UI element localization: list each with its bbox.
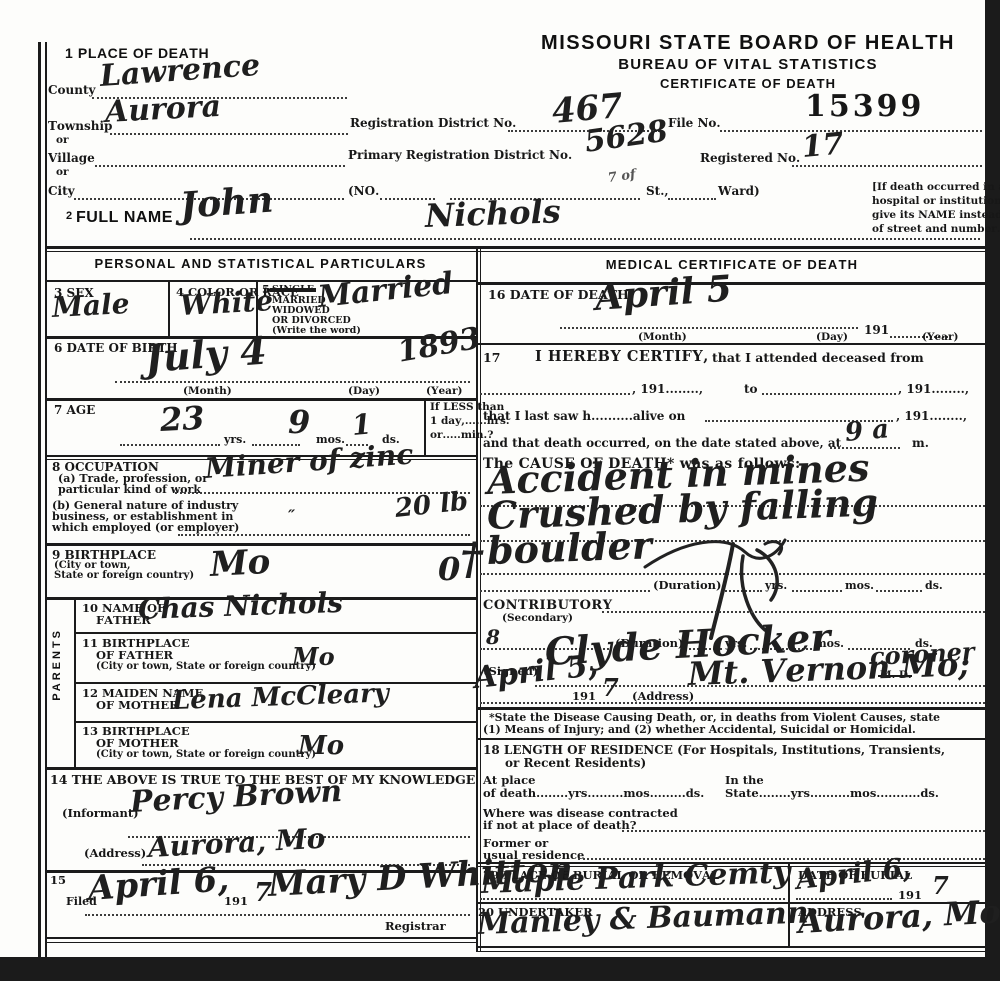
parents-side-label: PARENTS (52, 628, 63, 701)
marital-write-word-label: (Write the word) (272, 326, 361, 336)
filing-number: 15 (50, 875, 66, 887)
dotted-line (762, 393, 896, 395)
or-label: or (56, 167, 69, 178)
birthplace-sub-label: State or foreign country) (54, 571, 194, 581)
in-state-label-line: In the (725, 775, 764, 787)
mother-birthplace-label-line: OF MOTHER (96, 738, 179, 750)
full-name-number: 2 (66, 211, 72, 222)
father-name-handwriting: Chas Nichols (138, 589, 344, 624)
mother-name-label-line: OF MOTHER (96, 700, 179, 712)
informant-address-label: (Address) (84, 848, 146, 860)
rule (478, 707, 986, 710)
signer-address-handwriting: Mt. Vernon Mo; (687, 648, 970, 690)
sign-year-printed: 191 (572, 691, 596, 703)
month-caption: (Month) (183, 386, 232, 397)
stray-ink-zero: 0 (438, 553, 460, 585)
age-years-handwriting: 23 (159, 402, 205, 436)
stray-ink-cross: † (460, 538, 483, 582)
header-separator-line2 (45, 251, 986, 252)
ditto-mark-handwriting: ″ (288, 508, 295, 524)
township-value-handwriting: Aurora (104, 92, 222, 128)
ward-label: Ward) (718, 185, 760, 197)
village-label: Village (48, 152, 95, 164)
undertaker-address-handwriting: Aurora, Mo (797, 895, 1000, 938)
informant-handwriting: Percy Brown (129, 777, 343, 818)
signer-address-label: (Address) (632, 691, 694, 703)
st-label: St., (646, 185, 669, 197)
dotted-line (178, 534, 470, 536)
rule (478, 946, 986, 948)
scan-bottom-band (0, 957, 1000, 981)
medical-section-title: MEDICAL CERTIFICATE OF DEATH (478, 258, 986, 271)
township-label: Township (48, 120, 112, 132)
full-name-label: FULL NAME (76, 210, 173, 226)
st-value-faint-handwriting: 7 of (607, 168, 636, 185)
dotted-line (876, 590, 922, 592)
undertaker-handwriting: Manley & Baumann (476, 898, 809, 940)
parents-strip-divider (74, 600, 76, 769)
sex-value-handwriting: Male (51, 290, 130, 322)
rule (478, 343, 986, 345)
dotted-line (480, 393, 630, 395)
m-label: m. (912, 437, 929, 449)
county-label: County (48, 84, 96, 96)
or-label: or (56, 135, 69, 146)
strikeout-bar (270, 288, 316, 292)
certify-heading: I HEREBY CERTIFY, (535, 350, 709, 365)
father-birthplace-sub-label: (City or town, State or foreign country) (96, 662, 316, 672)
dob-year-handwriting: 1893 (395, 324, 482, 368)
occupation-b-label-line: which employed (or employer) (52, 522, 239, 533)
father-birthplace-handwriting: Mo (292, 645, 335, 669)
certify-line: that I last saw h..........alive on (483, 410, 685, 422)
date-of-death-handwriting: April 5 (594, 270, 733, 315)
residence-label-line: or Recent Residents) (505, 757, 646, 769)
mos-label: mos. (845, 580, 874, 591)
dotted-line (480, 702, 985, 704)
registered-no-label: Registered No. (700, 152, 800, 164)
sign-year-digit-handwriting: 7 (602, 676, 619, 700)
dotted-line (792, 165, 982, 167)
hospital-note-line: of street and number.] (872, 224, 1000, 235)
hospital-note-line: [If death occurred in a (872, 182, 1000, 193)
registration-district-label: Registration District No. (350, 117, 516, 129)
month-caption: (Month) (638, 332, 687, 343)
burial-place-handwriting: Maple Park Cemty (480, 858, 790, 899)
father-birthplace-label-line: OF FATHER (96, 650, 173, 662)
race-value-handwriting: White (179, 287, 274, 320)
certify-line: , 191........, (898, 383, 969, 395)
dotted-line (115, 381, 470, 383)
primary-registration-value: 5628 (583, 117, 670, 158)
day-caption: (Day) (816, 332, 848, 343)
file-no-label: File No. (668, 117, 721, 129)
at-place-label-line: of death........yrs.........mos.........… (483, 788, 704, 800)
dotted-line (85, 914, 470, 916)
city-label: City (48, 185, 75, 197)
last-name-handwriting: Nichols (424, 195, 561, 232)
dotted-line (622, 830, 985, 832)
year-caption: (Year) (922, 332, 958, 343)
certify-line: that I attended deceased from (712, 352, 924, 365)
ds-label: ds. (925, 580, 943, 591)
dotted-line (110, 133, 348, 135)
hospital-note-line: hospital or institution, (872, 196, 1000, 207)
registrar-label: Registrar (385, 921, 446, 933)
dotted-line (560, 327, 858, 329)
stray-ink-eight: 8 (486, 627, 500, 647)
disease-contracted-label-line: if not at place of death? (483, 820, 636, 832)
occupation-a-value-handwriting: Miner of zinc (204, 440, 414, 482)
death-time-handwriting: 9 a (844, 416, 890, 446)
rule (45, 398, 476, 401)
rule (45, 937, 476, 939)
filed-date-handwriting: April 6, (87, 862, 230, 906)
registered-no-value: 17 (801, 129, 845, 163)
certify-line: to (744, 383, 758, 395)
certify-item-number: 17 (483, 352, 500, 365)
secondary-label: (Secondary) (502, 613, 573, 624)
city-no-label: (NO. (348, 185, 379, 197)
rule (74, 632, 476, 634)
occupation-b-value-handwriting: 20 lb (394, 488, 470, 522)
marital-value-handwriting: Married (316, 269, 454, 313)
bureau-subtitle: BUREAU OF VITAL STATISTICS (510, 57, 986, 72)
age-label: 7 AGE (54, 404, 95, 416)
file-no-stamp: 15399 (805, 92, 924, 122)
mother-name-handwriting: Lena McCleary (172, 680, 390, 714)
day-caption: (Day) (348, 386, 380, 397)
rule (45, 942, 476, 943)
sign-date-handwriting: April 5, (472, 651, 599, 694)
footnote-line: (1) Means of Injury; and (2) whether Acc… (483, 725, 916, 736)
certify-line: , 191........, (896, 410, 967, 422)
yrs-label: yrs. (224, 434, 246, 445)
personal-section-title: PERSONAL AND STATISTICAL PARTICULARS (45, 257, 476, 270)
year-caption: (Year) (426, 386, 462, 397)
filed-year-printed: 191 (224, 896, 248, 908)
dotted-line (720, 130, 982, 132)
dotted-line (480, 590, 650, 592)
mother-birthplace-handwriting: Mo (298, 733, 344, 759)
age-months-handwriting: 9 (288, 406, 310, 438)
rule (478, 738, 986, 740)
birthplace-value-handwriting: Mo (209, 545, 271, 582)
board-title: MISSOURI STATE BOARD OF HEALTH (510, 33, 986, 53)
box-divider (424, 398, 426, 457)
rule (478, 282, 986, 285)
certify-line: , 191........, (632, 383, 703, 395)
rule (74, 721, 476, 723)
age-days-handwriting: 1 (351, 410, 373, 440)
rule (45, 767, 476, 770)
dotted-line (120, 444, 220, 446)
dotted-line (602, 611, 985, 613)
informant-address-handwriting: Aurora, Mo (147, 825, 326, 862)
residence-label-line: 18 LENGTH OF RESIDENCE (For Hospitals, I… (483, 744, 945, 756)
box-divider (168, 282, 170, 336)
primary-registration-label: Primary Registration District No. (348, 149, 572, 161)
dob-value-handwriting: July 4 (144, 332, 268, 378)
contributory-label: CONTRIBUTORY (483, 599, 613, 612)
informant-label: (Informant) (62, 808, 139, 820)
hospital-note-line: give its NAME instead (872, 210, 1000, 221)
dotted-line (668, 198, 716, 200)
year-printed: 191 (864, 324, 889, 336)
at-place-label-line: At place (483, 775, 535, 787)
former-residence-label-line: usual residence (483, 850, 584, 862)
county-value-handwriting: Lawrence (99, 51, 261, 92)
cause-line-handwriting: boulder (486, 526, 652, 570)
scan-left-edge-line2 (45, 42, 47, 964)
scan-left-edge-line (38, 42, 41, 964)
rule (478, 951, 986, 952)
in-state-label-line: State........yrs..........mos...........… (725, 788, 939, 800)
death-certificate-scan: 1 PLACE OF DEATH MISSOURI STATE BOARD OF… (0, 0, 1000, 981)
header-separator-line (45, 246, 986, 249)
first-name-handwriting: John (179, 182, 275, 224)
dotted-line (190, 238, 980, 240)
scan-right-band (985, 0, 1000, 976)
marital-number: 5 (262, 284, 270, 295)
mother-birthplace-sub-label: (City or town, State or foreign country) (96, 750, 316, 760)
dotted-line (95, 165, 345, 167)
